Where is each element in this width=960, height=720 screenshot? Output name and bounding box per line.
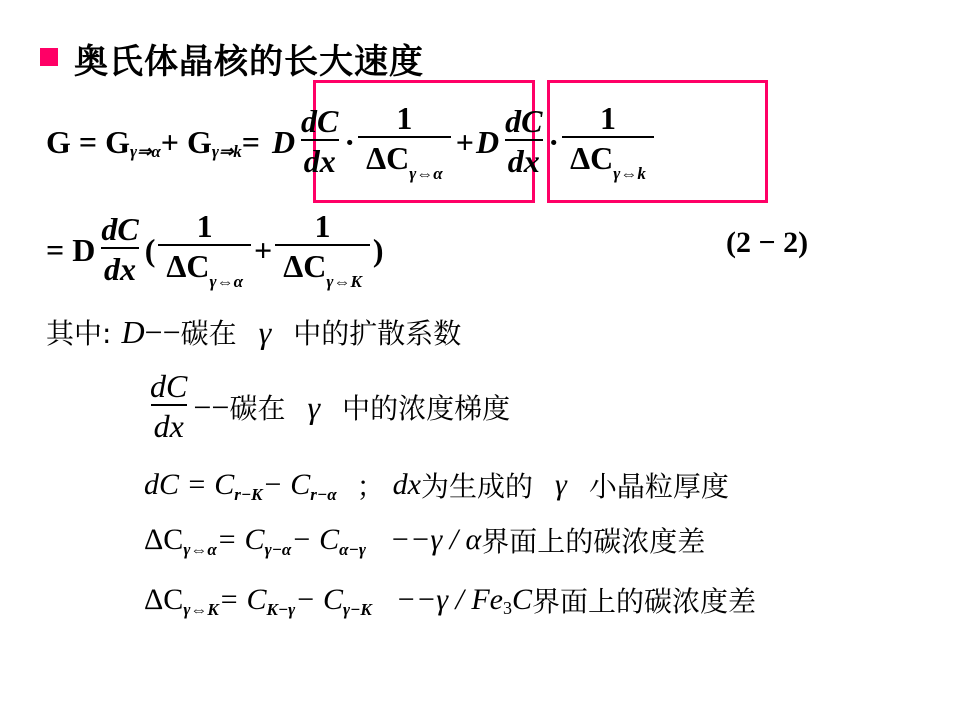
frac-num: 1 — [597, 100, 619, 136]
eq2-close-paren: ) — [373, 232, 384, 269]
eq1-sub2: γ⇒k — [212, 142, 242, 162]
delta-c: ΔC — [366, 140, 409, 176]
d-text1: 碳在 — [181, 312, 237, 352]
da-dash: −−γ / α — [390, 523, 481, 557]
frac-den: dx — [505, 139, 543, 181]
eq2-lead: = D — [46, 232, 95, 269]
term1-dot: · — [344, 124, 355, 161]
intro-label: 其中: — [46, 312, 111, 352]
da-text: 界面上的碳浓度差 — [481, 520, 705, 560]
definition-delta-c-k: ΔCγ⇔K = CK−γ − Cγ−K −−γ / Fe3C 界面上的碳浓度差 — [144, 575, 756, 625]
dx-text1: 为生成的 — [421, 465, 533, 505]
dk-c: C — [512, 583, 532, 617]
definition-dc-dx: dC = Cr−K − Cr−α ； dx 为生成的 γ 小晶粒厚度 — [144, 460, 729, 510]
dc-lhs: dC = C — [144, 468, 234, 502]
eq1-plus: + G — [161, 124, 212, 161]
definition-delta-c-alpha: ΔCγ⇔α = Cγ−α − Cα−γ −−γ / α 界面上的碳浓度差 — [144, 515, 705, 565]
term2-inverse-fraction: 1ΔCγ⇔k — [562, 100, 654, 184]
dk-dash: −−γ / Fe — [396, 583, 503, 617]
delta-c-sub: γ⇔α — [409, 164, 442, 183]
fe-subscript: 3 — [503, 598, 512, 619]
d-text2: 中的扩散系数 — [293, 312, 461, 352]
d-dash: −− — [145, 314, 181, 351]
delta-c-sub: γ⇔α — [210, 272, 243, 291]
eq1-lhs: G = G — [46, 124, 130, 161]
definition-diffusion-coefficient: 其中: D −− 碳在 γ 中的扩散系数 — [46, 310, 461, 354]
eq1-sub1: γ⇒α — [130, 142, 161, 162]
da-eq: = C — [217, 523, 265, 557]
term2-D: D — [476, 124, 499, 161]
frac-num: dC — [502, 103, 545, 139]
delta-c: ΔC — [283, 248, 326, 284]
dk-sub1: K−γ — [267, 600, 296, 620]
frac-num: dC — [298, 103, 341, 139]
eq2-fraction-alpha: 1ΔCγ⇔α — [158, 208, 251, 292]
frac-den: dx — [101, 247, 139, 289]
term2-dot: · — [548, 124, 559, 161]
da-sub1: γ−α — [265, 540, 292, 560]
separator: ； — [357, 465, 385, 505]
title-bullet — [40, 48, 58, 66]
dc-minus: − C — [263, 468, 311, 502]
equation-growth-rate: G = Gγ⇒α + Gγ⇒k = D dCdx · 1ΔCγ⇔α + D dC… — [46, 84, 657, 200]
da-lhs-sub: γ⇔α — [183, 540, 216, 560]
dk-minus: − C — [295, 583, 343, 617]
frac-den: ΔCγ⇔α — [358, 136, 451, 184]
definition-concentration-gradient: dCdx −− 碳在 γ 中的浓度梯度 — [144, 362, 510, 452]
frac-num: 1 — [194, 208, 216, 244]
dc-sub2: r−α — [310, 485, 336, 505]
dk-sub2: γ−K — [343, 600, 372, 620]
delta-c: ΔC — [166, 248, 209, 284]
dx-symbol: dx — [393, 468, 421, 502]
da-lhs: ΔC — [144, 523, 183, 557]
dk-text: 界面上的碳浓度差 — [532, 580, 756, 620]
frac-num: 1 — [312, 208, 334, 244]
frac-num: dC — [98, 211, 141, 247]
d-symbol: D — [121, 314, 144, 351]
gradient-fraction: dCdx — [147, 368, 190, 446]
eq1-plus2: + — [456, 124, 474, 161]
dk-lhs: ΔC — [144, 583, 183, 617]
eq1-equals: = — [242, 124, 260, 161]
gamma-symbol: γ — [555, 468, 567, 502]
eq2-gradient-fraction: dCdx — [98, 211, 141, 289]
delta-c-sub: γ⇔K — [326, 272, 361, 291]
dc-sub1: r−K — [234, 485, 262, 505]
dk-lhs-sub: γ⇔K — [183, 600, 218, 620]
frac-den: ΔCγ⇔α — [158, 244, 251, 292]
eq2-open-paren: ( — [145, 232, 156, 269]
da-minus: − C — [291, 523, 339, 557]
equation-number: (2 − 2) — [726, 226, 808, 260]
frac-den: dx — [151, 404, 187, 446]
frac-num: 1 — [393, 100, 415, 136]
frac-den: ΔCγ⇔K — [275, 244, 370, 292]
term2-gradient-fraction: dCdx — [502, 103, 545, 181]
gamma-symbol: γ — [307, 389, 320, 426]
eq2-plus: + — [254, 232, 272, 269]
term1-inverse-fraction: 1ΔCγ⇔α — [358, 100, 451, 184]
term1-D: D — [272, 124, 295, 161]
eq2-fraction-k: 1ΔCγ⇔K — [275, 208, 370, 292]
slide-title: 奥氏体晶核的长大速度 — [74, 34, 424, 83]
frac-den: ΔCγ⇔k — [562, 136, 654, 184]
term1-gradient-fraction: dCdx — [298, 103, 341, 181]
equation-combined: = D dCdx ( 1ΔCγ⇔α + 1ΔCγ⇔K ) — [46, 204, 383, 296]
delta-c-sub: γ⇔k — [613, 164, 646, 183]
dx-text2: 小晶粒厚度 — [589, 465, 729, 505]
grad-text2: 中的浓度梯度 — [342, 387, 510, 427]
frac-den: dx — [301, 139, 339, 181]
grad-dash: −− — [193, 389, 229, 426]
gamma-symbol: γ — [259, 314, 272, 351]
delta-c: ΔC — [570, 140, 613, 176]
frac-num: dC — [147, 368, 190, 404]
grad-text1: 碳在 — [229, 387, 285, 427]
da-sub2: α−γ — [339, 540, 366, 560]
dk-eq: = C — [219, 583, 267, 617]
